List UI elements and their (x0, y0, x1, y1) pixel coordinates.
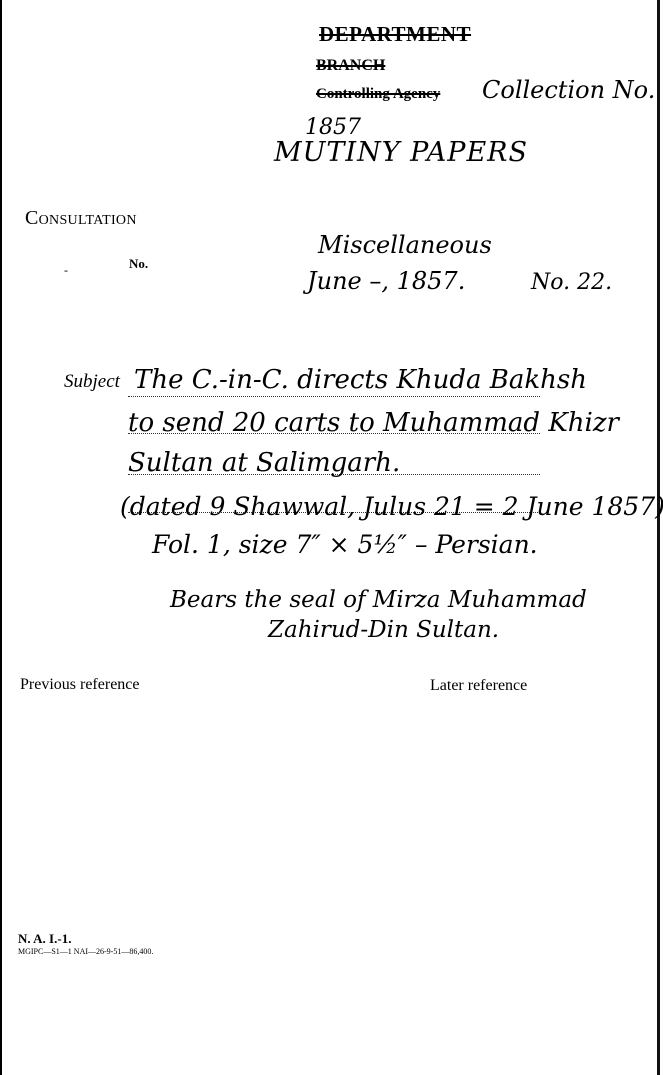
consultation-label: Consultation (25, 207, 137, 230)
date-note: June –, 1857. (307, 267, 465, 295)
printer-line: MGIPC—S1—1 NAI—26-9-51—86,400. (18, 947, 153, 956)
category-note: Miscellaneous (318, 231, 492, 259)
archive-cover-sheet: DEPARTMENT BRANCH Controlling Agency Col… (0, 0, 663, 1075)
later-reference-label: Later reference (430, 677, 527, 695)
page-right-edge (657, 0, 660, 1075)
previous-reference-label: Previous reference (20, 676, 140, 694)
form-code: N. A. I.-1. (18, 931, 71, 947)
subject-line-2: to send 20 carts to Muhammad Khizr (128, 408, 619, 438)
subject-label: Subject (64, 371, 120, 393)
subject-line-3: Sultan at Salimgarh. (128, 448, 400, 478)
document-number: No. 22. (531, 270, 612, 295)
department-label: DEPARTMENT (319, 22, 471, 47)
consultation-no-label: No. (129, 256, 148, 272)
subject-dotted-line-1 (128, 396, 540, 397)
subject-line-1: The C.-in-C. directs Khuda Bakhsh (134, 365, 587, 395)
controlling-agency-label: Controlling Agency (316, 86, 440, 103)
seal-note-line-1: Bears the seal of Mirza Muhammad (170, 587, 587, 613)
branch-label: BRANCH (316, 57, 385, 75)
seal-note-line-2: Zahirud-Din Sultan. (268, 617, 499, 643)
dash-mark: - (64, 263, 68, 278)
page-left-edge (0, 0, 2, 1075)
collection-number: Collection No. 60 (482, 76, 663, 104)
subject-line-4: (dated 9 Shawwal, Julus 21 = 2 June 1857… (120, 492, 663, 521)
series-title: MUTINY PAPERS (274, 137, 528, 168)
subject-line-5: Fol. 1, size 7″ × 5½″ – Persian. (152, 530, 538, 559)
